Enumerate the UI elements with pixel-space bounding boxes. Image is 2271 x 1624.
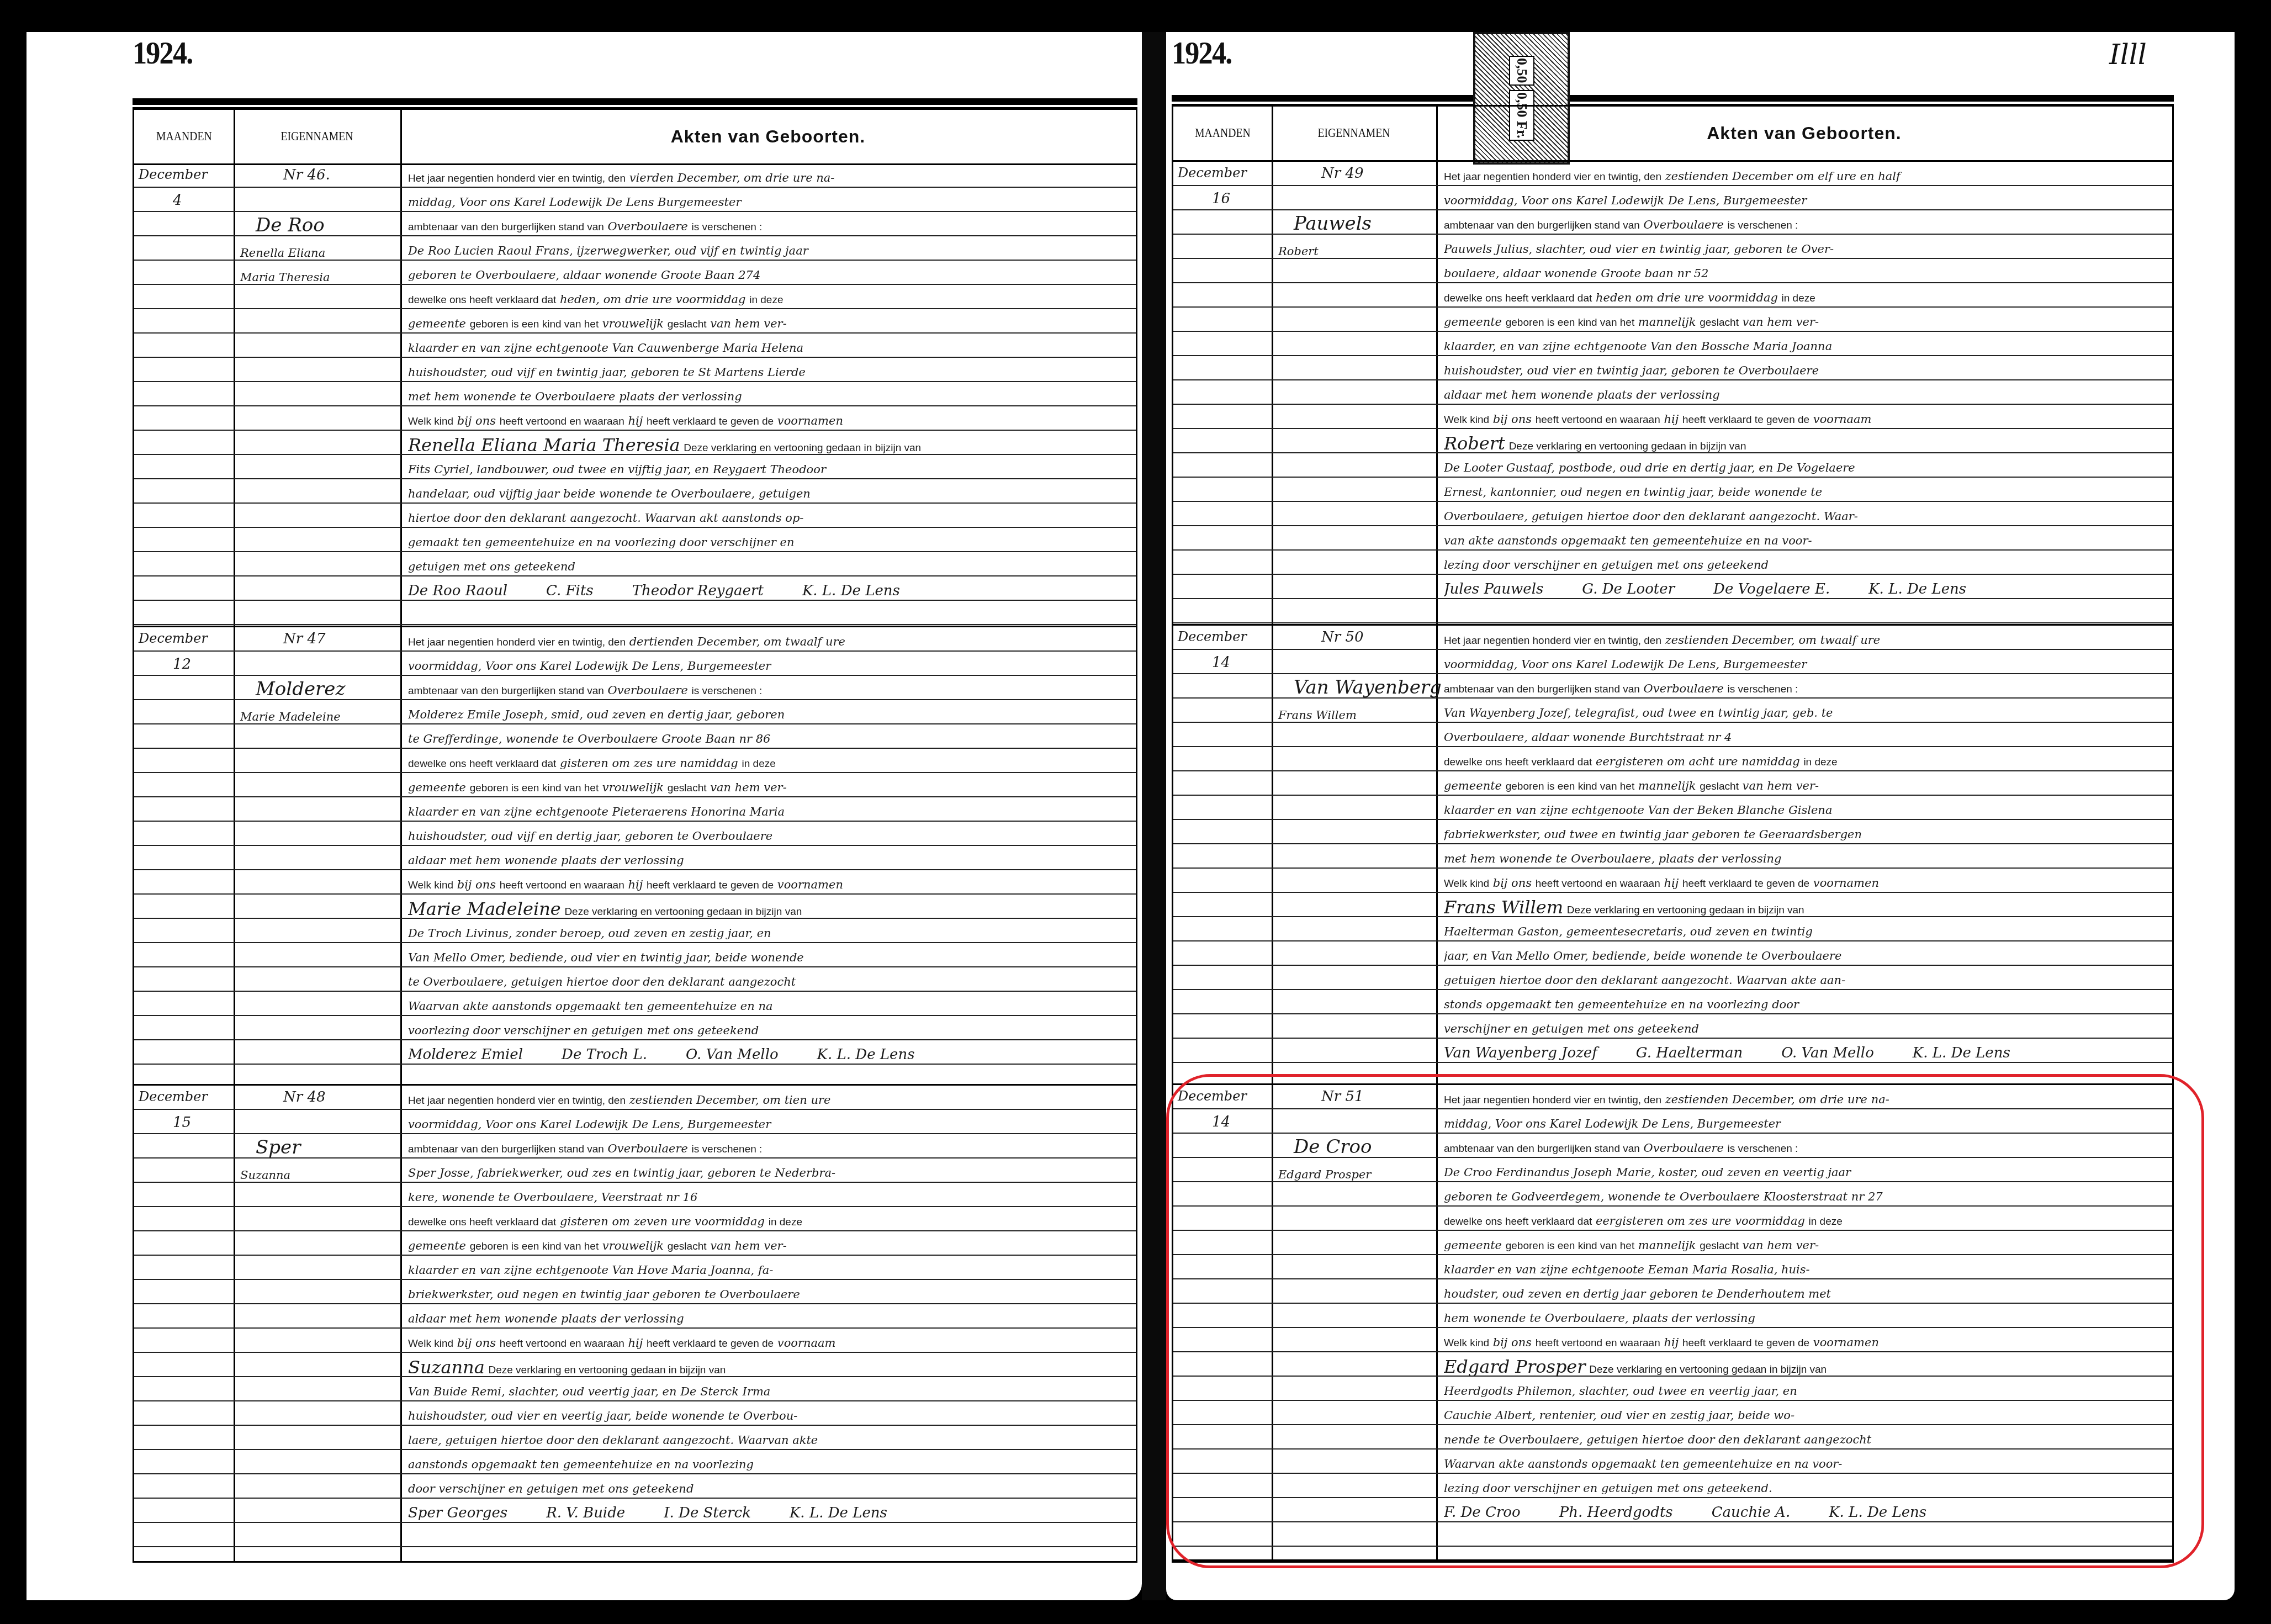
header-eigennamen-label: EIGENNAMEN — [280, 129, 353, 144]
printed-form-text: geboren is een kind van het — [470, 1241, 599, 1252]
record-line: aldaar met hem wonende plaats der verlos… — [408, 848, 1130, 872]
signature: De Roo Raoul — [408, 583, 507, 599]
record-line: Waarvan akte aanstonds opgemaakt ten gem… — [1444, 1452, 2167, 1476]
signature: K. L. De Lens — [817, 1046, 915, 1063]
record-line: huishoudster, oud vier en twintig jaar, … — [1444, 358, 2167, 383]
handwritten-text: Van Mello Omer, bediende, oud vier en tw… — [408, 951, 804, 964]
printed-form-text: Het jaar negentien honderd vier en twint… — [408, 637, 626, 648]
signature-line: Van Wayenberg JozefG. HaeltermanO. Van M… — [1444, 1041, 2167, 1065]
record-line: dewelke ons heeft verklaard dat eergiste… — [1444, 1209, 2167, 1233]
handwritten-text: hij — [628, 414, 643, 427]
printed-form-text: heeft vertoond en waaraan — [500, 1338, 624, 1350]
signature: Theodor Reygaert — [632, 583, 764, 599]
handwritten-text: Waarvan akte aanstonds opgemaakt ten gem… — [408, 999, 773, 1013]
printed-form-text: geboren is een kind van het — [1506, 317, 1634, 329]
record-line: laere, getuigen hiertoe door den deklara… — [408, 1428, 1130, 1452]
record-day: 4 — [173, 192, 182, 209]
record-line: lezing door verschijner en getuigen met … — [1444, 553, 2167, 577]
handwritten-text: gemeente — [1444, 779, 1502, 792]
record-line: verschijner en getuigen met ons geteeken… — [1444, 1017, 2167, 1041]
record-surname: Sper — [256, 1136, 300, 1159]
record-line: ambtenaar van den burgerlijken stand van… — [408, 678, 1130, 702]
handwritten-text: gisteren om zeven ure voormiddag — [560, 1215, 765, 1228]
record-line: voormiddag, Voor ons Karel Lodewijk De L… — [408, 654, 1130, 678]
record-line: Welk kind bij ons heeft vertoond en waar… — [1444, 407, 2167, 431]
handwritten-text: zestienden December om elf ure en half — [1665, 170, 1901, 183]
record-line: De Looter Gustaaf, postbode, oud drie en… — [1444, 456, 2167, 480]
handwritten-text: De Looter Gustaaf, postbode, oud drie en… — [1444, 461, 1855, 474]
printed-form-text: Welk kind — [1444, 878, 1489, 890]
printed-form-text: Het jaar negentien honderd vier en twint… — [408, 173, 626, 184]
signature: O. Van Mello — [1781, 1045, 1874, 1061]
record-line: van akte aanstonds opgemaakt ten gemeent… — [1444, 528, 2167, 553]
record-line: Sper Josse, fabriekwerker, oud zes en tw… — [408, 1161, 1130, 1185]
handwritten-text: gemeente — [1444, 315, 1502, 329]
handwritten-text: mannelijk — [1638, 315, 1696, 329]
handwritten-text: hij — [628, 878, 643, 891]
printed-form-text: ambtenaar van den burgerlijken stand van — [408, 1144, 604, 1155]
record-line: Welk kind bij ons heeft vertoond en waar… — [408, 872, 1130, 897]
handwritten-text: stonds opgemaakt ten gemeentehuize en na… — [1444, 998, 1799, 1011]
handwritten-text: getuigen met ons geteekend — [408, 560, 575, 573]
handwritten-text: bij ons — [1493, 412, 1532, 426]
handwritten-text: bij ons — [457, 878, 496, 891]
handwritten-text: te Grefferdinge, wonende te Overboulaere… — [408, 732, 770, 745]
signature: Ph. Heerdgodts — [1559, 1504, 1673, 1521]
record-line: Het jaar negentien honderd vier en twint… — [408, 166, 1130, 190]
handwritten-text: Sper Josse, fabriekwerker, oud zes en tw… — [408, 1166, 835, 1179]
header-eigennamen-label: EIGENNAMEN — [1317, 126, 1390, 141]
record-line: Welk kind bij ons heeft vertoond en waar… — [408, 1331, 1130, 1355]
printed-form-text: geboren is een kind van het — [1506, 1240, 1634, 1252]
handwritten-text: met hem wonende te Overboulaere, plaats … — [1444, 852, 1781, 865]
handwritten-text: van hem ver- — [1743, 315, 1819, 329]
handwritten-text: voornamen — [777, 414, 843, 427]
left-header-rule — [133, 98, 1137, 105]
header-maanden-label: MAANDEN — [1195, 126, 1251, 141]
handwritten-text: hiertoe door den deklarant aangezocht. W… — [408, 511, 803, 525]
printed-form-text: heeft verklaard te geven de — [1682, 1337, 1809, 1349]
signature: K. L. De Lens — [1829, 1504, 1926, 1521]
printed-form-text: Welk kind — [408, 880, 453, 891]
handwritten-text: Van Wayenberg Jozef, telegrafist, oud tw… — [1444, 706, 1833, 720]
printed-form-text: geslacht — [668, 1241, 707, 1252]
handwritten-text: bij ons — [1493, 1336, 1532, 1349]
record-line: Pauwels Julius, slachter, oud vier en tw… — [1444, 237, 2167, 261]
record-line: Cauchie Albert, rentenier, oud vier en z… — [1444, 1403, 2167, 1427]
record-line: Het jaar negentien honderd vier en twint… — [408, 630, 1130, 654]
printed-form-text: heeft vertoond en waaraan — [1536, 414, 1660, 426]
record-line: stonds opgemaakt ten gemeentehuize en na… — [1444, 992, 2167, 1017]
signature: Jules Pauwels — [1444, 581, 1543, 597]
record-line: klaarder en van zijne echtgenoote Pieter… — [408, 800, 1130, 824]
record-line: Het jaar negentien honderd vier en twint… — [1444, 628, 2167, 652]
handwritten-text: geboren te Overboulaere, aldaar wonende … — [408, 268, 760, 282]
printed-form-text: dewelke ons heeft verklaard dat — [408, 1216, 556, 1228]
handwritten-text: Pauwels Julius, slachter, oud vier en tw… — [1444, 242, 1834, 256]
given-name-line: Renella Eliana — [240, 241, 330, 265]
right-year: 1924. — [1172, 34, 1231, 71]
record-line: Welk kind bij ons heeft vertoond en waar… — [1444, 1330, 2167, 1355]
record-line: Heerdgodts Philemon, slachter, oud twee … — [1444, 1379, 2167, 1403]
handwritten-text: mannelijk — [1638, 1239, 1696, 1252]
record-line: Van Wayenberg Jozef, telegrafist, oud tw… — [1444, 701, 2167, 725]
printed-form-text: Welk kind — [408, 1338, 453, 1350]
handwritten-text: van hem ver- — [1743, 779, 1819, 792]
handwritten-text: gemeente — [408, 317, 466, 330]
handwritten-text: voornamen — [1813, 876, 1879, 890]
record-body: Het jaar negentien honderd vier en twint… — [1444, 1087, 2167, 1525]
record-line: boulaere, aldaar wonende Groote baan nr … — [1444, 261, 2167, 285]
signature: F. De Croo — [1444, 1504, 1521, 1521]
handwritten-text: voornamen — [1813, 1336, 1879, 1349]
handwritten-text: Haelterman Gaston, gemeentesecretaris, o… — [1444, 925, 1813, 938]
printed-form-text: Het jaar negentien honderd vier en twint… — [1444, 171, 1661, 183]
record-line: klaarder en van zijne echtgenoote Eeman … — [1444, 1257, 2167, 1282]
handwritten-text: zestienden December, om twaalf ure — [1665, 633, 1881, 647]
handwritten-text: te Overboulaere, getuigen hiertoe door d… — [408, 975, 796, 988]
printed-form-text: geslacht — [1700, 317, 1739, 329]
handwritten-text: vrouwelijk — [602, 1239, 664, 1252]
record-line: Marie Madeleine Deze verklaring en verto… — [408, 897, 1130, 921]
record-surname: De Croo — [1294, 1136, 1372, 1158]
birth-record: December14Nr 50Van WayenbergFrans Willem… — [1173, 626, 2172, 1085]
handwritten-text: eergisteren om zes ure voormiddag — [1596, 1214, 1805, 1228]
printed-form-text: Welk kind — [1444, 414, 1489, 426]
handwritten-text: boulaere, aldaar wonende Groote baan nr … — [1444, 267, 1708, 280]
right-header-rule — [1172, 95, 2174, 102]
record-line: te Grefferdinge, wonende te Overboulaere… — [408, 727, 1130, 751]
signature-line: De Roo RaoulC. FitsTheodor ReygaertK. L.… — [408, 579, 1130, 603]
handwritten-text: Overboulaere — [1644, 682, 1724, 695]
given-name-line: Edgard Prosper — [1278, 1162, 1371, 1187]
printed-form-text: ambtenaar van den burgerlijken stand van — [408, 221, 604, 233]
birth-record: December14Nr 51De CrooEdgard ProsperHet … — [1173, 1085, 2172, 1561]
header-title: Akten van Geboorten. — [400, 110, 1136, 165]
record-line: Suzanna Deze verklaring en vertooning ge… — [408, 1355, 1130, 1379]
handwritten-text: bij ons — [457, 1336, 496, 1350]
printed-form-text: geboren is een kind van het — [470, 782, 599, 794]
printed-form-text: geslacht — [1700, 781, 1739, 792]
printed-form-text: is verschenen : — [692, 1144, 763, 1155]
printed-form-text: heeft verklaard te geven de — [647, 416, 774, 427]
given-name-line: Suzanna — [240, 1163, 290, 1187]
handwritten-text: voornaam — [777, 1336, 836, 1350]
handwritten-text: Overboulaere — [1644, 218, 1724, 231]
handwritten-text: voormiddag, Voor ons Karel Lodewijk De L… — [1444, 658, 1807, 671]
handwritten-text: eergisteren om acht ure namiddag — [1596, 755, 1800, 768]
handwritten-text: huishoudster, oud vier en veertig jaar, … — [408, 1409, 797, 1422]
record-number: Nr 48 — [283, 1089, 326, 1105]
handwritten-text: huishoudster, oud vier en twintig jaar, … — [1444, 364, 1819, 377]
handwritten-text: aldaar met hem wonende plaats der verlos… — [408, 854, 684, 867]
handwritten-text: middag, Voor ons Karel Lodewijk De Lens … — [408, 195, 741, 209]
header-eigennamen: EIGENNAMEN — [234, 110, 400, 165]
handwritten-text: heden om drie ure voormiddag — [1596, 291, 1778, 304]
handwritten-text: heden, om drie ure voormiddag — [560, 293, 746, 306]
left-register-table: MAANDEN EIGENNAMEN Akten van Geboorten. … — [133, 108, 1137, 1563]
folio-number: Illl — [2109, 39, 2147, 71]
printed-form-text: in deze — [742, 758, 776, 770]
record-line: dewelke ons heeft verklaard dat heden om… — [1444, 285, 2167, 310]
printed-form-text: heeft verklaard te geven de — [1682, 878, 1809, 890]
record-line: Frans Willem Deze verklaring en vertooni… — [1444, 895, 2167, 919]
birth-record: December4Nr 46.De RooRenella ElianaMaria… — [134, 163, 1136, 627]
record-line: middag, Voor ons Karel Lodewijk De Lens,… — [1444, 1112, 2167, 1136]
handwritten-text: klaarder en van zijne echtgenoote Van Ca… — [408, 341, 803, 355]
record-line: dewelke ons heeft verklaard dat eergiste… — [1444, 749, 2167, 774]
printed-form-text: geboren is een kind van het — [470, 319, 599, 330]
record-given-names: Frans Willem — [1278, 703, 1357, 727]
handwritten-text: Overboulaere, getuigen hiertoe door den … — [1444, 510, 1858, 523]
printed-form-text: Welk kind — [408, 416, 453, 427]
record-month: December — [139, 167, 208, 182]
record-line: Welk kind bij ons heeft vertoond en waar… — [1444, 871, 2167, 895]
printed-form-text: heeft vertoond en waaraan — [500, 880, 624, 891]
register-title: Akten van Geboorten. — [671, 126, 866, 147]
record-line: dewelke ons heeft verklaard dat gisteren… — [408, 751, 1130, 775]
record-line: getuigen hiertoe door den deklarant aang… — [1444, 968, 2167, 992]
record-line: klaarder, en van zijne echtgenoote Van d… — [1444, 334, 2167, 358]
signature: G. De Looter — [1582, 581, 1675, 597]
record-line: Robert Deze verklaring en vertooning ged… — [1444, 431, 2167, 456]
record-line: klaarder en van zijne echtgenoote Van Ca… — [408, 336, 1130, 360]
record-line: voormiddag, Voor ons Karel Lodewijk De L… — [408, 1112, 1130, 1136]
handwritten-text: verschijner en getuigen met ons geteeken… — [1444, 1022, 1699, 1035]
record-line: aldaar met hem wonende plaats der verlos… — [408, 1306, 1130, 1331]
record-line: middag, Voor ons Karel Lodewijk De Lens … — [408, 190, 1130, 214]
handwritten-text: Overboulaere — [608, 1142, 688, 1155]
record-month: December — [1178, 1088, 1247, 1104]
record-day: 14 — [1212, 654, 1230, 671]
record-line: voormiddag, Voor ons Karel Lodewijk De L… — [1444, 652, 2167, 676]
handwritten-text: hij — [1664, 876, 1679, 890]
printed-form-text: heeft vertoond en waaraan — [500, 416, 624, 427]
printed-form-text: dewelke ons heeft verklaard dat — [1444, 1216, 1592, 1228]
printed-form-text: in deze — [769, 1216, 802, 1228]
printed-form-text: is verschenen : — [1728, 1143, 1798, 1155]
handwritten-text: klaarder en van zijne echtgenoote Pieter… — [408, 805, 785, 818]
handwritten-text: lezing door verschijner en getuigen met … — [1444, 1482, 1772, 1495]
birth-record: December12Nr 47MolderezMarie MadeleineHe… — [134, 627, 1136, 1086]
signature-line: Jules PauwelsG. De LooterDe Vogelaere E.… — [1444, 577, 2167, 601]
record-number: Nr 50 — [1321, 629, 1364, 646]
record-given-names: Edgard Prosper — [1278, 1162, 1371, 1187]
record-surname: Molderez — [256, 678, 345, 700]
handwritten-text: bij ons — [457, 414, 496, 427]
record-given-names: Renella ElianaMaria Theresia — [240, 241, 330, 289]
record-line: klaarder en van zijne echtgenoote Van Ho… — [408, 1258, 1130, 1282]
signature: Cauchie A. — [1712, 1504, 1790, 1521]
signature: Sper Georges — [408, 1505, 507, 1521]
record-body: Het jaar negentien honderd vier en twint… — [408, 166, 1130, 603]
record-line: geboren te Godveerdegem, wonende te Over… — [1444, 1184, 2167, 1209]
record-line: Molderez Emile Joseph, smid, oud zeven e… — [408, 702, 1130, 727]
record-line: gemeente geboren is een kind van het man… — [1444, 774, 2167, 798]
handwritten-text: hem wonende te Overboulaere, plaats der … — [1444, 1311, 1755, 1325]
record-line: De Troch Livinus, zonder beroep, oud zev… — [408, 921, 1130, 945]
handwritten-text: houdster, oud zeven en dertig jaar gebor… — [1444, 1287, 1831, 1300]
handwritten-text: Robert — [1444, 433, 1505, 454]
handwritten-text: klaarder en van zijne echtgenoote Eeman … — [1444, 1263, 1810, 1276]
record-number: Nr 49 — [1321, 165, 1364, 182]
birth-record: December15Nr 48SperSuzannaHet jaar negen… — [134, 1086, 1136, 1563]
record-month: December — [1178, 165, 1247, 181]
handwritten-text: klaarder en van zijne echtgenoote Van de… — [1444, 803, 1832, 817]
signature: Molderez Emiel — [408, 1046, 523, 1063]
record-line: Overboulaere, getuigen hiertoe door den … — [1444, 504, 2167, 528]
handwritten-text: Fits Cyriel, landbouwer, oud twee en vij… — [408, 463, 826, 476]
printed-form-text: dewelke ons heeft verklaard dat — [1444, 293, 1592, 304]
signature-line: F. De CrooPh. HeerdgodtsCauchie A.K. L. … — [1444, 1500, 2167, 1525]
header-maanden-label: MAANDEN — [156, 129, 212, 144]
record-line: getuigen met ons geteekend — [408, 554, 1130, 579]
header-maanden: MAANDEN — [1173, 107, 1272, 162]
handwritten-text: dertienden December, om twaalf ure — [629, 635, 845, 648]
signature: K. L. De Lens — [1913, 1045, 2010, 1061]
record-line: hiertoe door den deklarant aangezocht. W… — [408, 506, 1130, 530]
record-line: Renella Eliana Maria Theresia Deze verkl… — [408, 433, 1130, 457]
printed-form-text: heeft vertoond en waaraan — [1536, 1337, 1660, 1349]
printed-form-text: Het jaar negentien honderd vier en twint… — [408, 1095, 626, 1107]
handwritten-text: huishoudster, oud vijf en twintig jaar, … — [408, 366, 806, 379]
birth-record: December16Nr 49PauwelsRobertHet jaar neg… — [1173, 162, 2172, 626]
handwritten-text: Overboulaere — [608, 220, 688, 233]
handwritten-text: Van Buide Remi, slachter, oud veertig ja… — [408, 1385, 770, 1398]
printed-form-text: Welk kind — [1444, 1337, 1489, 1349]
handwritten-text: huishoudster, oud vijf en dertig jaar, g… — [408, 829, 772, 843]
handwritten-text: lezing door verschijner en getuigen met … — [1444, 558, 1769, 572]
record-day: 12 — [173, 656, 191, 673]
record-line: huishoudster, oud vier en veertig jaar, … — [408, 1404, 1130, 1428]
right-register-table: MAANDEN EIGENNAMEN Akten van Geboorten. … — [1172, 105, 2174, 1563]
printed-form-text: is verschenen : — [1728, 684, 1798, 695]
record-line: gemeente geboren is een kind van het man… — [1444, 310, 2167, 334]
header-maanden: MAANDEN — [134, 110, 234, 165]
handwritten-text: van hem ver- — [710, 1239, 787, 1252]
record-day: 15 — [173, 1114, 191, 1131]
handwritten-text: gemeente — [408, 781, 466, 794]
handwritten-text: aldaar met hem wonende plaats der verlos… — [1444, 388, 1720, 401]
signature: R. V. Buide — [546, 1505, 625, 1521]
printed-form-text: dewelke ons heeft verklaard dat — [1444, 757, 1592, 768]
handwritten-text: hij — [628, 1336, 643, 1350]
record-line: De Roo Lucien Raoul Frans, ijzerwegwerke… — [408, 239, 1130, 263]
handwritten-text: De Roo Lucien Raoul Frans, ijzerwegwerke… — [408, 244, 808, 257]
handwritten-text: met hem wonende te Overboulaere plaats d… — [408, 390, 742, 403]
handwritten-text: kere, wonende te Overboulaere, Veerstraa… — [408, 1191, 697, 1204]
given-name-line: Maria Theresia — [240, 265, 330, 289]
handwritten-text: Frans Willem — [1444, 897, 1563, 918]
handwritten-text: van akte aanstonds opgemaakt ten gemeent… — [1444, 534, 1812, 547]
printed-form-text: geboren is een kind van het — [1506, 781, 1634, 792]
record-line: dewelke ons heeft verklaard dat gisteren… — [408, 1209, 1130, 1234]
record-line: De Croo Ferdinandus Joseph Marie, koster… — [1444, 1160, 2167, 1184]
handwritten-text: Suzanna — [408, 1357, 485, 1378]
record-body: Het jaar negentien honderd vier en twint… — [408, 1088, 1130, 1525]
register-title: Akten van Geboorten. — [1707, 123, 1902, 144]
record-line: te Overboulaere, getuigen hiertoe door d… — [408, 970, 1130, 994]
handwritten-text: Ernest, kantonnier, oud negen en twintig… — [1444, 485, 1822, 499]
record-line: klaarder en van zijne echtgenoote Van de… — [1444, 798, 2167, 822]
printed-form-text: ambtenaar van den burgerlijken stand van — [1444, 220, 1640, 231]
printed-form-text: ambtenaar van den burgerlijken stand van — [1444, 1143, 1640, 1155]
record-line: gemaakt ten gemeentehuize en na voorlezi… — [408, 530, 1130, 554]
printed-form-text: heeft vertoond en waaraan — [1536, 878, 1660, 890]
printed-form-text: geslacht — [668, 782, 707, 794]
record-line: gemeente geboren is een kind van het man… — [1444, 1233, 2167, 1257]
handwritten-text: klaarder en van zijne echtgenoote Van Ho… — [408, 1263, 773, 1277]
printed-form-text: Deze verklaring en vertooning gedaan in … — [684, 442, 921, 454]
given-name-line: Marie Madeleine — [240, 705, 341, 729]
signature: Van Wayenberg Jozef — [1444, 1045, 1597, 1061]
record-line: Van Buide Remi, slachter, oud veertig ja… — [408, 1379, 1130, 1404]
handwritten-text: Overboulaere, aldaar wonende Burchtstraa… — [1444, 731, 1732, 744]
record-day: 16 — [1212, 191, 1230, 207]
handwritten-text: voormiddag, Voor ons Karel Lodewijk De L… — [408, 659, 771, 673]
signature: C. Fits — [546, 583, 594, 599]
record-line: ambtenaar van den burgerlijken stand van… — [408, 214, 1130, 239]
handwritten-text: Cauchie Albert, rentenier, oud vier en z… — [1444, 1409, 1794, 1422]
printed-form-text: is verschenen : — [692, 685, 763, 697]
stamp-left-value: 0,50 — [1509, 56, 1534, 86]
handwritten-text: aanstonds opgemaakt ten gemeentehuize en… — [408, 1458, 754, 1471]
handwritten-text: voorlezing door verschijner en getuigen … — [408, 1024, 759, 1037]
record-line: voormiddag, Voor ons Karel Lodewijk De L… — [1444, 188, 2167, 213]
printed-form-text: is verschenen : — [692, 221, 763, 233]
record-line: Welk kind bij ons heeft vertoond en waar… — [408, 409, 1130, 433]
printed-form-text: Het jaar negentien honderd vier en twint… — [1444, 635, 1661, 647]
handwritten-text: vrouwelijk — [602, 781, 664, 794]
printed-form-text: Deze verklaring en vertooning gedaan in … — [1509, 441, 1746, 452]
signature: K. L. De Lens — [1868, 581, 1966, 597]
handwritten-text: briekwerkster, oud negen en twintig jaar… — [408, 1288, 800, 1301]
record-line: Haelterman Gaston, gemeentesecretaris, o… — [1444, 919, 2167, 944]
record-day: 14 — [1212, 1114, 1230, 1130]
handwritten-text: Overboulaere — [608, 684, 688, 697]
handwritten-text: zestienden December, om tien ure — [629, 1093, 831, 1107]
record-body: Het jaar negentien honderd vier en twint… — [408, 630, 1130, 1067]
handwritten-text: gemaakt ten gemeentehuize en na voorlezi… — [408, 536, 794, 549]
handwritten-text: Edgard Prosper — [1444, 1356, 1586, 1377]
handwritten-text: voormiddag, Voor ons Karel Lodewijk De L… — [1444, 194, 1807, 207]
printed-form-text: ambtenaar van den burgerlijken stand van — [408, 685, 604, 697]
handwritten-text: van hem ver- — [710, 317, 787, 330]
book-gutter — [1142, 32, 1166, 1600]
record-surname: De Roo — [256, 214, 325, 236]
printed-form-text: Deze verklaring en vertooning gedaan in … — [1567, 904, 1804, 916]
record-surname: Pauwels — [1294, 213, 1372, 235]
record-month: December — [1178, 629, 1247, 644]
handwritten-text: De Troch Livinus, zonder beroep, oud zev… — [408, 927, 771, 940]
record-line: aanstonds opgemaakt ten gemeentehuize en… — [408, 1452, 1130, 1477]
record-line: briekwerkster, oud negen en twintig jaar… — [408, 1282, 1130, 1306]
signature: I. De Sterck — [664, 1505, 751, 1521]
record-line: voorlezing door verschijner en getuigen … — [408, 1018, 1130, 1043]
record-month: December — [139, 631, 208, 646]
printed-form-text: Deze verklaring en vertooning gedaan in … — [488, 1364, 726, 1376]
handwritten-text: Renella Eliana Maria Theresia — [408, 435, 680, 456]
record-body: Het jaar negentien honderd vier en twint… — [1444, 628, 2167, 1065]
record-line: ambtenaar van den burgerlijken stand van… — [1444, 213, 2167, 237]
handwritten-text: aldaar met hem wonende plaats der verlos… — [408, 1312, 684, 1325]
record-line: Edgard Prosper Deze verklaring en vertoo… — [1444, 1355, 2167, 1379]
record-month: December — [139, 1089, 208, 1104]
printed-form-text: geslacht — [668, 319, 707, 330]
handwritten-text: gemeente — [408, 1239, 466, 1252]
signature: G. Haelterman — [1636, 1045, 1743, 1061]
record-line: met hem wonende te Overboulaere plaats d… — [408, 384, 1130, 409]
